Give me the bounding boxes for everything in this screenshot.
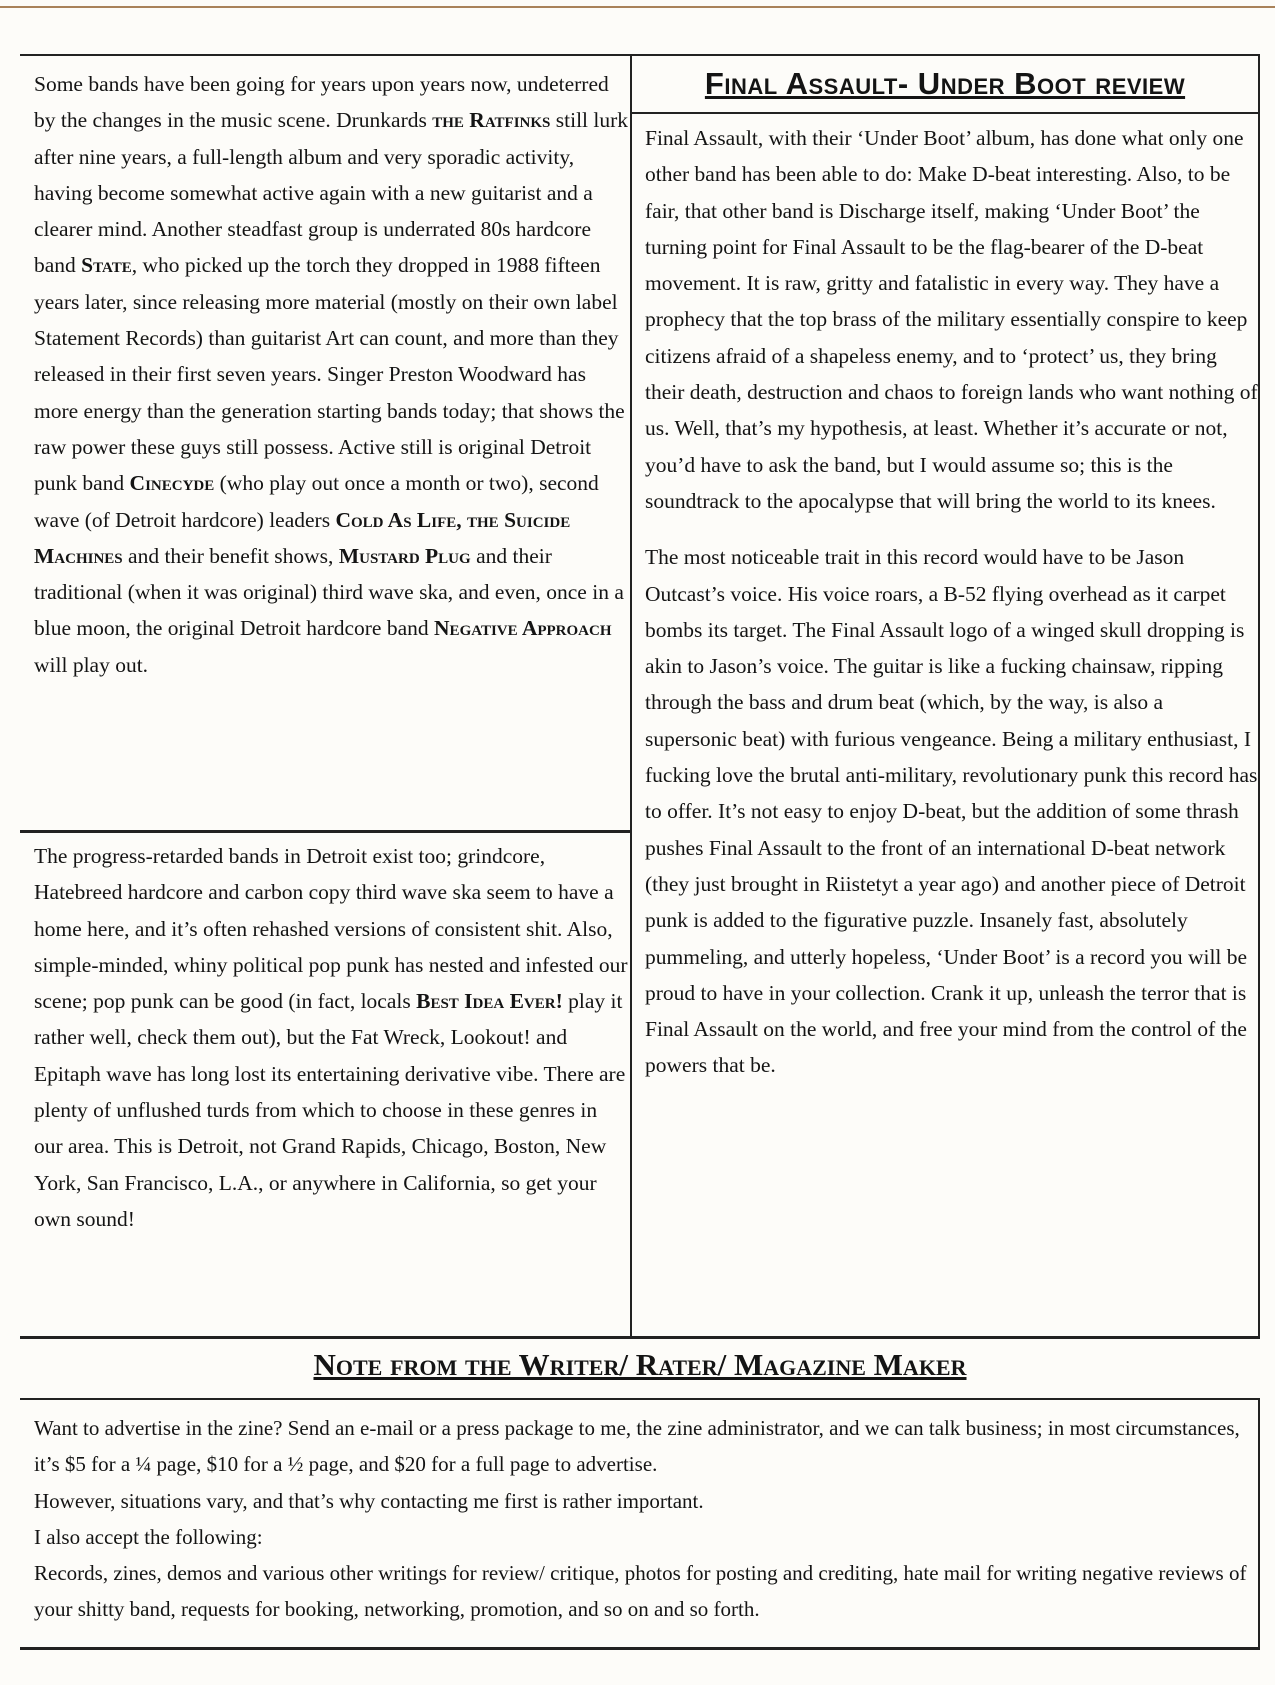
note-title: Note from the Writer/ Rater/ Magazine Ma… (20, 1347, 1260, 1383)
text-run: will play out. (34, 653, 148, 677)
review-header: Final Assault- Under Boot review (631, 54, 1259, 112)
band-name: Negative Approach (434, 616, 611, 640)
text-run: and their benefit shows, (123, 544, 339, 568)
note-line: However, situations vary, and that’s why… (34, 1483, 1258, 1519)
note-header: Note from the Writer/ Rater/ Magazine Ma… (20, 1336, 1260, 1398)
band-name: State (81, 253, 132, 277)
article-paragraph: Some bands have been going for years upo… (34, 66, 630, 683)
note-body: Want to advertise in the zine? Send an e… (20, 1398, 1260, 1650)
article-paragraph: The progress-retarded bands in Detroit e… (34, 838, 630, 1237)
note-line: Records, zines, demos and various other … (34, 1555, 1258, 1628)
text-run: , who picked up the torch they dropped i… (34, 253, 625, 495)
text-run: The progress-retarded bands in Detroit e… (34, 844, 628, 1013)
note-line: I also accept the following: (34, 1519, 1258, 1555)
band-name: Mustard Plug (339, 544, 471, 568)
review-title: Final Assault- Under Boot review (631, 66, 1259, 102)
note-line: Want to advertise in the zine? Send an e… (34, 1410, 1258, 1483)
band-name: Best Idea Ever! (416, 989, 563, 1013)
detroit-scene-article: Some bands have been going for years upo… (20, 54, 630, 830)
band-name: the Ratfinks (432, 108, 550, 132)
progress-retarded-bands-article: The progress-retarded bands in Detroit e… (20, 830, 630, 1336)
review-paragraph: The most noticeable trait in this record… (645, 539, 1259, 1083)
review-body: Final Assault, with their ‘Under Boot’ a… (631, 112, 1259, 1337)
review-paragraph: Final Assault, with their ‘Under Boot’ a… (645, 120, 1259, 519)
band-name: Cinecyde (130, 471, 215, 495)
text-run: play it rather well, check them out), bu… (34, 989, 625, 1231)
page-top-edge (0, 6, 1275, 8)
